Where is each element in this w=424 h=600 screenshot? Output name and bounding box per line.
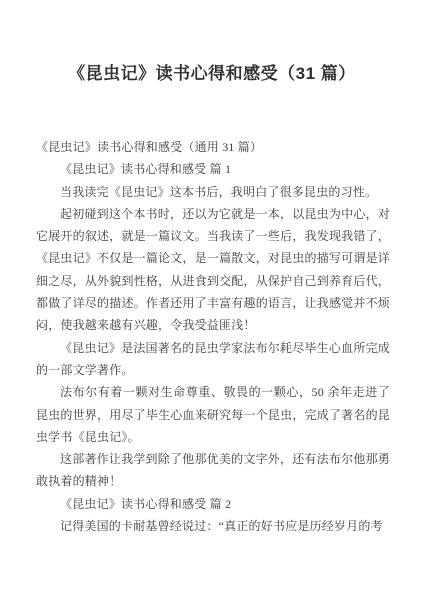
paragraph: 起初碰到这个本书时，还以为它就是一本，以昆虫为中心，对它展开的叙述，就是一篇议文… (36, 203, 390, 337)
paragraph: 这部著作让我学到除了他那优美的文字外，还有法布尔他那勇敢执着的精神！ (36, 448, 390, 493)
document-page: 《昆虫记》读书心得和感受（31 篇） 《昆虫记》读书心得和感受（通用 31 篇）… (0, 0, 424, 600)
paragraph-section-1-heading: 《昆虫记》读书心得和感受 篇 1 (36, 158, 390, 180)
paragraph: 法布尔有着一颗对生命尊重、敬畏的一颗心，50 余年走进了昆虫的世界，用尽了毕生心… (36, 381, 390, 448)
paragraph-truncated: 记得美国的卡耐基曾经说过：“真正的好书应是历经岁月的考 (36, 515, 390, 537)
paragraph: 当我读完《昆虫记》这本书后，我明白了很多昆虫的习性。 (36, 181, 390, 203)
paragraph-section-2-heading: 《昆虫记》读书心得和感受 篇 2 (36, 493, 390, 515)
paragraph: 《昆虫记》是法国著名的昆虫学家法布尔耗尽毕生心血所完成的一部文学著作。 (36, 337, 390, 382)
page-title: 《昆虫记》读书心得和感受（31 篇） (0, 0, 424, 86)
paragraph-general-heading: 《昆虫记》读书心得和感受（通用 31 篇） (36, 136, 390, 158)
document-body: 《昆虫记》读书心得和感受（通用 31 篇） 《昆虫记》读书心得和感受 篇 1 当… (36, 136, 390, 537)
